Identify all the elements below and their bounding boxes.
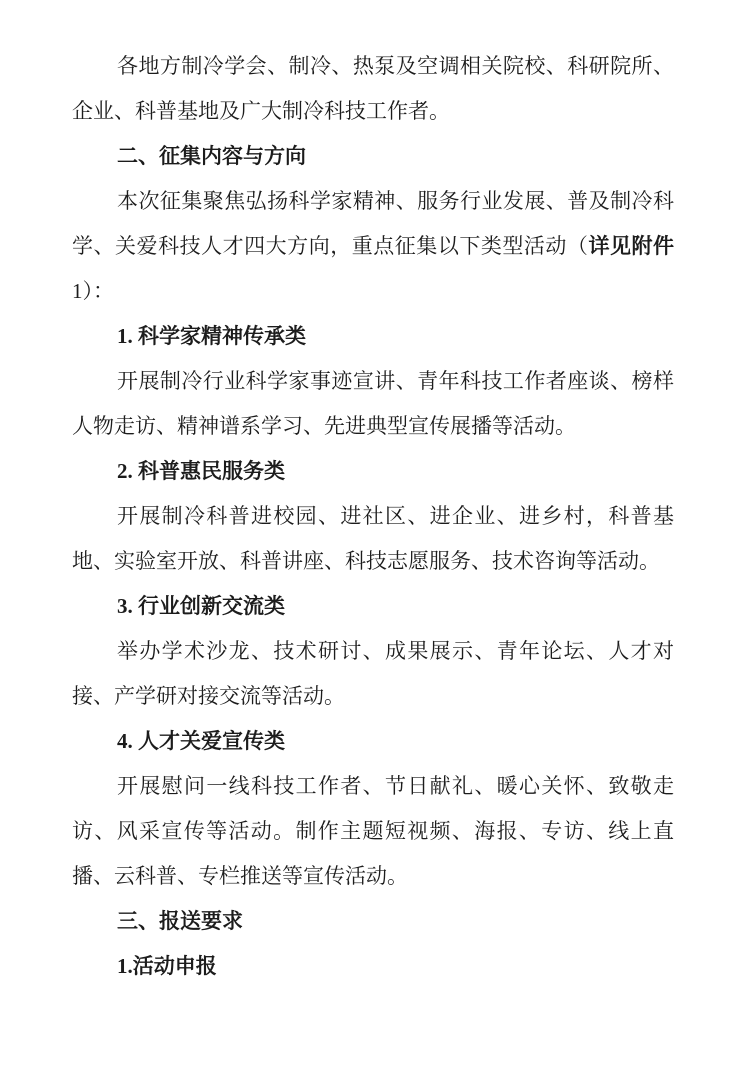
text-run: 开展制冷行业科学家事迹宣讲、青年科技工作者座谈、榜样人物走访、精神谱系学习、先进…	[72, 369, 674, 438]
section-heading: 2. 科普惠民服务类	[72, 449, 674, 494]
paragraph: 开展制冷科普进校园、进社区、进企业、进乡村，科普基地、实验室开放、科普讲座、科技…	[72, 494, 674, 584]
text-run: 本次征集聚焦弘扬科学家精神、服务行业发展、普及制冷科学、关爱科技人才四大方向，重…	[72, 189, 674, 258]
bold-text-run: 2. 科普惠民服务类	[117, 459, 285, 483]
paragraph: 各地方制冷学会、制冷、热泵及空调相关院校、科研院所、企业、科普基地及广大制冷科技…	[72, 44, 674, 134]
bold-text-run: 3. 行业创新交流类	[117, 594, 285, 618]
bold-text-run: 1. 科学家精神传承类	[117, 324, 306, 348]
document-content: 各地方制冷学会、制冷、热泵及空调相关院校、科研院所、企业、科普基地及广大制冷科技…	[72, 44, 674, 989]
text-run: 举办学术沙龙、技术研讨、成果展示、青年论坛、人才对接、产学研对接交流等活动。	[72, 639, 674, 708]
bold-text-run: 1.活动申报	[117, 954, 217, 978]
section-heading: 二、征集内容与方向	[72, 134, 674, 179]
section-heading: 4. 人才关爱宣传类	[72, 719, 674, 764]
text-run: 开展制冷科普进校园、进社区、进企业、进乡村，科普基地、实验室开放、科普讲座、科技…	[72, 504, 674, 573]
bold-text-run: 详见附件	[588, 234, 674, 258]
paragraph: 开展制冷行业科学家事迹宣讲、青年科技工作者座谈、榜样人物走访、精神谱系学习、先进…	[72, 359, 674, 449]
paragraph: 举办学术沙龙、技术研讨、成果展示、青年论坛、人才对接、产学研对接交流等活动。	[72, 629, 674, 719]
text-run: 开展慰问一线科技工作者、节日献礼、暖心关怀、致敬走访、风采宣传等活动。制作主题短…	[72, 774, 674, 888]
section-heading: 1.活动申报	[72, 944, 674, 989]
text-run: 各地方制冷学会、制冷、热泵及空调相关院校、科研院所、企业、科普基地及广大制冷科技…	[72, 54, 674, 123]
paragraph: 开展慰问一线科技工作者、节日献礼、暖心关怀、致敬走访、风采宣传等活动。制作主题短…	[72, 764, 674, 899]
document-page: 各地方制冷学会、制冷、热泵及空调相关院校、科研院所、企业、科普基地及广大制冷科技…	[0, 0, 750, 1091]
paragraph: 本次征集聚焦弘扬科学家精神、服务行业发展、普及制冷科学、关爱科技人才四大方向，重…	[72, 179, 674, 314]
section-heading: 3. 行业创新交流类	[72, 584, 674, 629]
section-heading: 1. 科学家精神传承类	[72, 314, 674, 359]
bold-text-run: 二、征集内容与方向	[117, 144, 306, 168]
bold-text-run: 4. 人才关爱宣传类	[117, 729, 285, 753]
text-run: 1）：	[72, 279, 114, 303]
section-heading: 三、报送要求	[72, 899, 674, 944]
bold-text-run: 三、报送要求	[117, 909, 243, 933]
